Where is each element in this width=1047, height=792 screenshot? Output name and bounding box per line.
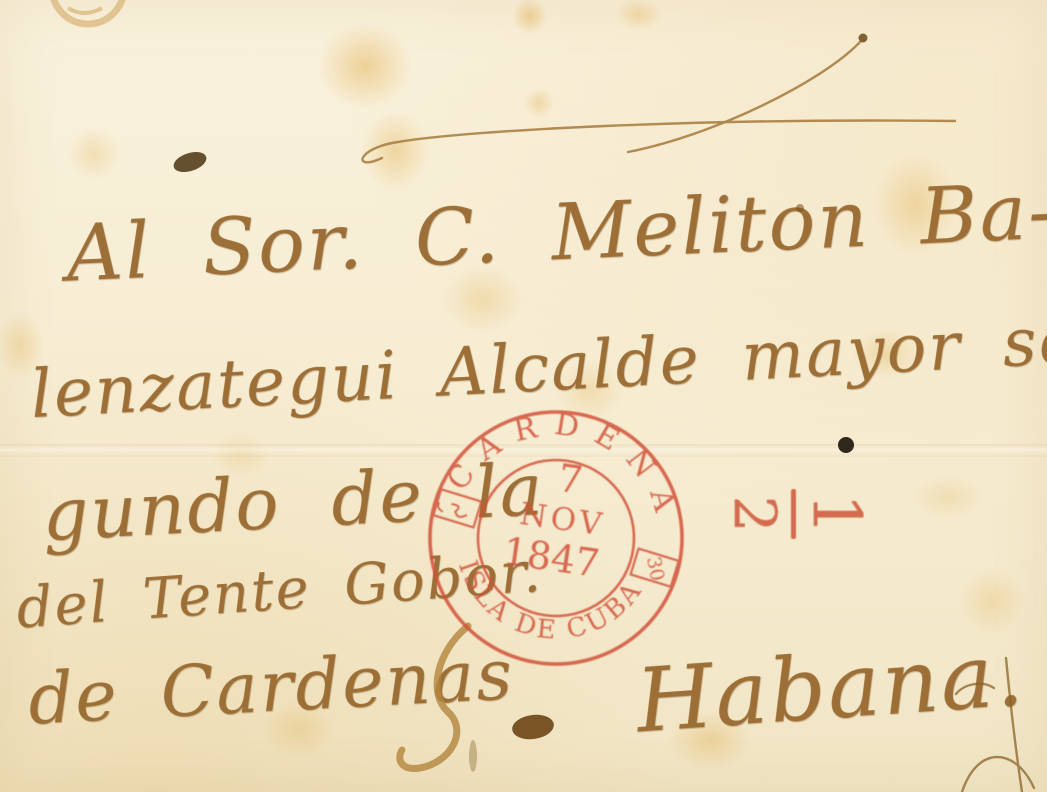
letter-cover-photo: Al Sor. C. Meliton Ba- lenzategui Alcald… [0,0,1047,792]
rate-numerator: 1 [804,493,870,535]
seal-partial-mark-icon [52,0,124,24]
paper-stain [58,118,130,190]
rate-marking-half-real: 1 2 [722,468,874,560]
paper-stain [606,0,671,37]
address-line-4: del Tente Gobor. [14,540,544,642]
destination-habana: Habana. [633,623,1028,753]
pen-flourish-top [362,34,955,163]
datestamp-side-number: 30 [642,555,668,583]
rate-denominator: 2 [727,496,785,533]
address-line-2: lenzategui Alcalde mayor se- [29,300,1047,433]
paper-stain [518,82,560,124]
paper-stain [898,466,998,528]
datestamp-right-number-box: 30 [629,547,680,591]
address-line-1: Al Sor. C. Meliton Ba- [65,166,1047,299]
address-line-5: de Cardenas [26,633,516,740]
datestamp-day: 7 [555,456,585,503]
paper-stain [300,6,430,126]
paper-stain [348,96,443,206]
paper-stain [505,0,555,42]
rate-fraction-bar [792,489,797,539]
address-line-3: gundo de la [40,447,546,557]
